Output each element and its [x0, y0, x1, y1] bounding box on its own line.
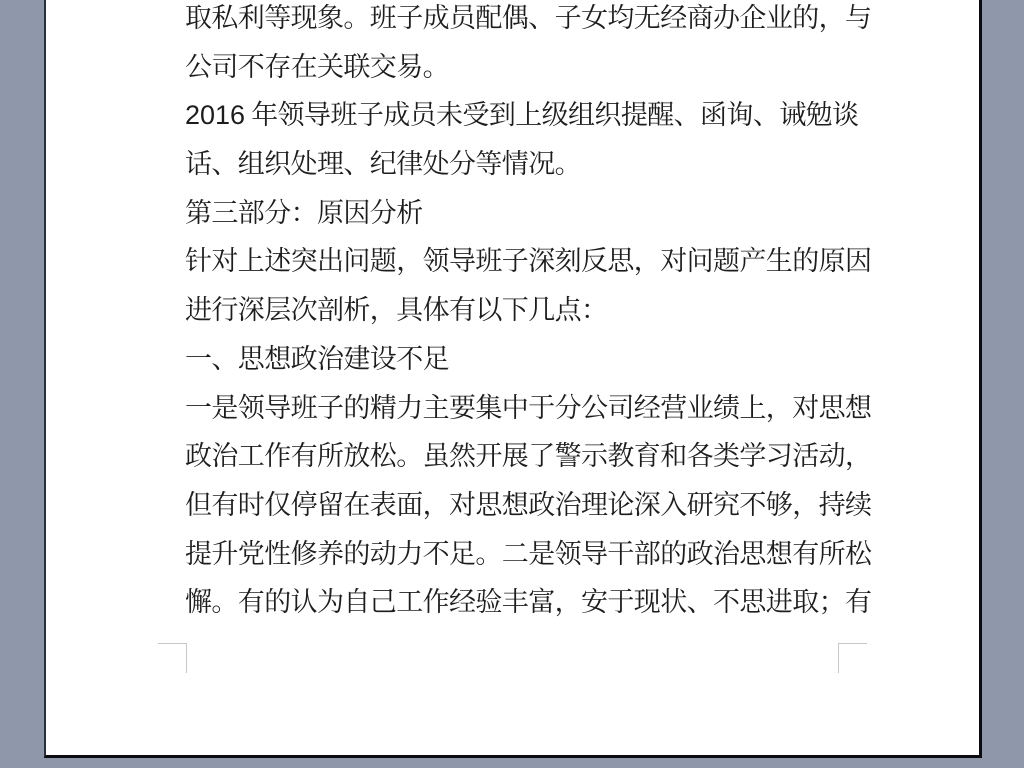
text-line[interactable]: 话、组织处理、纪律处分等情况。 [185, 140, 895, 189]
margin-corner-mark-right [838, 643, 867, 673]
year-number: 2016 [185, 100, 245, 130]
text-line[interactable]: 但有时仅停留在表面，对思想政治理论深入研究不够，持续 [185, 481, 895, 530]
text-line[interactable]: 进行深层次剖析，具体有以下几点： [185, 286, 895, 335]
text-line[interactable]: 懈。有的认为自己工作经验丰富，安于现状、不思进取；有 [185, 578, 895, 627]
text-line[interactable]: 政治工作有所放松。虽然开展了警示教育和各类学习活动， [185, 432, 895, 481]
subsection-heading[interactable]: 一、思想政治建设不足 [185, 335, 895, 384]
text-line[interactable]: 公司不存在关联交易。 [185, 43, 895, 92]
workspace-background: { "colors": { "canvas-bg": "#8F98AB", "p… [0, 0, 1024, 768]
text-line[interactable]: 一是领导班子的精力主要集中于分公司经营业绩上，对思想 [185, 384, 895, 433]
document-text-block: 取私利等现象。班子成员配偶、子女均无经商办企业的，与 公司不存在关联交易。 20… [185, 0, 895, 627]
section-heading[interactable]: 第三部分：原因分析 [185, 189, 895, 238]
text-line[interactable]: 取私利等现象。班子成员配偶、子女均无经商办企业的，与 [185, 0, 895, 43]
text-line[interactable]: 2016 年领导班子成员未受到上级组织提醒、函询、诫勉谈 [185, 91, 895, 140]
text-line[interactable]: 提升党性修养的动力不足。二是领导干部的政治思想有所松 [185, 530, 895, 579]
document-page[interactable]: 取私利等现象。班子成员配偶、子女均无经商办企业的，与 公司不存在关联交易。 20… [44, 0, 982, 758]
text-line[interactable]: 针对上述突出问题，领导班子深刻反思，对问题产生的原因 [185, 237, 895, 286]
text-line-continuation: 年领导班子成员未受到上级组织提醒、函询、诫勉谈 [245, 100, 858, 130]
margin-corner-mark-left [158, 643, 187, 673]
